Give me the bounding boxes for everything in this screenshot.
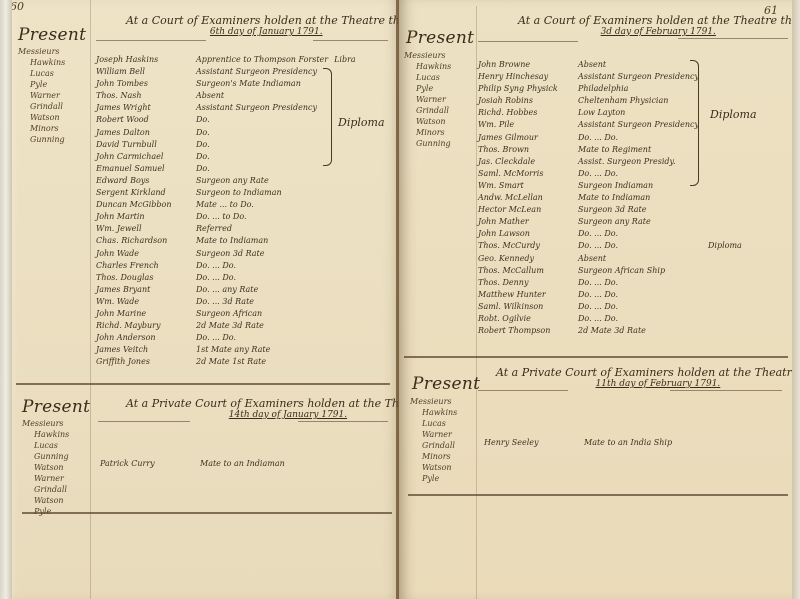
entry-row: Matthew HunterDo. ... Do. <box>478 289 742 301</box>
heading-rule <box>670 390 782 391</box>
entry-row: William BellAssistant Surgeon Presidency <box>96 66 356 78</box>
members-list: Messieurs Hawkins Lucas Warner Grindall … <box>414 396 457 484</box>
diploma-brace <box>690 60 699 186</box>
entry-row: John LawsonDo. ... Do. <box>478 228 742 240</box>
entry-row: Patrick CurryMate to an Indiaman <box>100 458 285 470</box>
entry-row: John BrowneAbsent <box>478 59 742 71</box>
members-list: Messieurs Hawkins Lucas Pyle Warner Grin… <box>408 50 451 149</box>
members-list: Messieurs Hawkins Lucas Gunning Watson W… <box>26 418 69 517</box>
entry-row: Sergent KirklandSurgeon to Indiaman <box>96 187 356 199</box>
entry-row: John MarineSurgeon African <box>96 308 356 320</box>
book-gutter <box>396 0 399 599</box>
entry-row: Emanuel SamuelDo. <box>96 163 356 175</box>
present-label: Present <box>406 28 474 48</box>
entry-row: John WadeSurgeon 3d Rate <box>96 248 356 260</box>
heading-rule <box>313 40 388 41</box>
entry-row: Geo. KennedyAbsent <box>478 253 742 265</box>
entry-row: James DaltonDo. <box>96 127 356 139</box>
entry-row: John MartinDo. ... to Do. <box>96 211 356 223</box>
entry-row: James GilmourDo. ... Do. <box>478 132 742 144</box>
section-divider <box>22 512 392 514</box>
entry-row: Charles FrenchDo. ... Do. <box>96 260 356 272</box>
right-page-edge <box>792 0 800 599</box>
entry-row: Josiah RobinsCheltenham Physician <box>478 95 742 107</box>
court-heading: At a Private Court of Examiners holden a… <box>496 366 800 389</box>
heading-rule <box>98 421 190 422</box>
entry-row: Jas. CleckdaleAssist. Surgeon Presidy. <box>478 156 742 168</box>
present-label: Present <box>22 397 90 417</box>
heading-rule <box>678 38 788 39</box>
entries-list: Joseph HaskinsApprentice to Thompson For… <box>96 54 356 368</box>
entry-row: Saml. McMorrisDo. ... Do. <box>478 168 742 180</box>
entry-row: Saml. WilkinsonDo. ... Do. <box>478 301 742 313</box>
margin-rule <box>90 0 91 599</box>
entry-row: Henry HinchesayAssistant Surgeon Preside… <box>478 71 742 83</box>
entry-row: Robert Thompson2d Mate 3d Rate <box>478 325 742 337</box>
margin-rule <box>476 6 477 599</box>
diploma-label: Diploma <box>338 116 385 129</box>
entry-row: Richd. HobbesLow Layton <box>478 107 742 119</box>
diploma-label: Diploma <box>710 108 757 121</box>
present-label: Present <box>18 25 86 45</box>
right-page: 61 Present Messieurs Hawkins Lucas Pyle … <box>398 0 794 599</box>
heading-rule <box>478 390 568 391</box>
entry-row: Hector McLeanSurgeon 3d Rate <box>478 204 742 216</box>
section-divider <box>404 356 788 358</box>
entry-row: Andw. McLellanMate to Indiaman <box>478 192 742 204</box>
entry-row: Thos. McCurdyDo. ... Do.Diploma <box>478 240 742 252</box>
section-divider <box>408 494 788 496</box>
members-list: Messieurs Hawkins Lucas Pyle Warner Grin… <box>22 46 65 145</box>
entry-row: John CarmichaelDo. <box>96 151 356 163</box>
present-label: Present <box>412 374 480 394</box>
entry-row: Edward BoysSurgeon any Rate <box>96 175 356 187</box>
entry-row: David TurnbullDo. <box>96 139 356 151</box>
left-page-edge <box>0 0 12 599</box>
entry-row: Thos. DouglasDo. ... Do. <box>96 272 356 284</box>
entry-row: John MatherSurgeon any Rate <box>478 216 742 228</box>
entry-row: Thos. McCallumSurgeon African Ship <box>478 265 742 277</box>
entry-row: Thos. DennyDo. ... Do. <box>478 277 742 289</box>
entry-row: John AndersonDo. ... Do. <box>96 332 356 344</box>
heading-rule <box>478 41 578 42</box>
entries-list: Patrick CurryMate to an Indiaman <box>100 458 285 470</box>
entry-row: Wm. PileAssistant Surgeon Presidency <box>478 119 742 131</box>
diploma-brace <box>323 68 332 166</box>
entry-row: James Veitch1st Mate any Rate <box>96 344 356 356</box>
entry-row: Wm. JewellReferred <box>96 223 356 235</box>
heading-rule <box>298 421 388 422</box>
entry-row: Richd. Maybury2d Mate 3d Rate <box>96 320 356 332</box>
court-heading: At a Court of Examiners holden at the Th… <box>126 14 406 37</box>
section-divider <box>16 383 390 385</box>
entry-row: Robt. OgilvieDo. ... Do. <box>478 313 742 325</box>
entry-row: James BryantDo. ... any Rate <box>96 284 356 296</box>
entry-row: Wm. WadeDo. ... 3d Rate <box>96 296 356 308</box>
entry-row: Thos. BrownMate to Regiment <box>478 144 742 156</box>
entry-row: Griffith Jones2d Mate 1st Rate <box>96 356 356 368</box>
entries-list: Henry SeeleyMate to an India Ship <box>484 437 672 449</box>
entry-row: Philip Syng PhysickPhiladelphia <box>478 83 742 95</box>
entry-row: Robert WoodDo. <box>96 114 356 126</box>
entry-row: Henry SeeleyMate to an India Ship <box>484 437 672 449</box>
entry-row: James WrightAssistant Surgeon Presidency <box>96 102 356 114</box>
entry-row: Duncan McGibbonMate ... to Do. <box>96 199 356 211</box>
entry-row: Wm. SmartSurgeon Indiaman <box>478 180 742 192</box>
entries-list: John BrowneAbsent Henry HinchesayAssista… <box>478 59 742 337</box>
ledger-spread: 60 Present Messieurs Hawkins Lucas Pyle … <box>0 0 800 599</box>
page-number-left: 60 <box>10 0 24 13</box>
entry-row: Chas. RichardsonMate to Indiaman <box>96 235 356 247</box>
left-page: 60 Present Messieurs Hawkins Lucas Pyle … <box>8 0 400 599</box>
entry-row: Thos. NashAbsent <box>96 90 356 102</box>
court-heading: At a Court of Examiners holden at the Th… <box>518 14 798 37</box>
entry-row: Joseph HaskinsApprentice to Thompson For… <box>96 54 356 66</box>
entry-row: John TombesSurgeon's Mate Indiaman <box>96 78 356 90</box>
heading-rule <box>96 40 206 41</box>
